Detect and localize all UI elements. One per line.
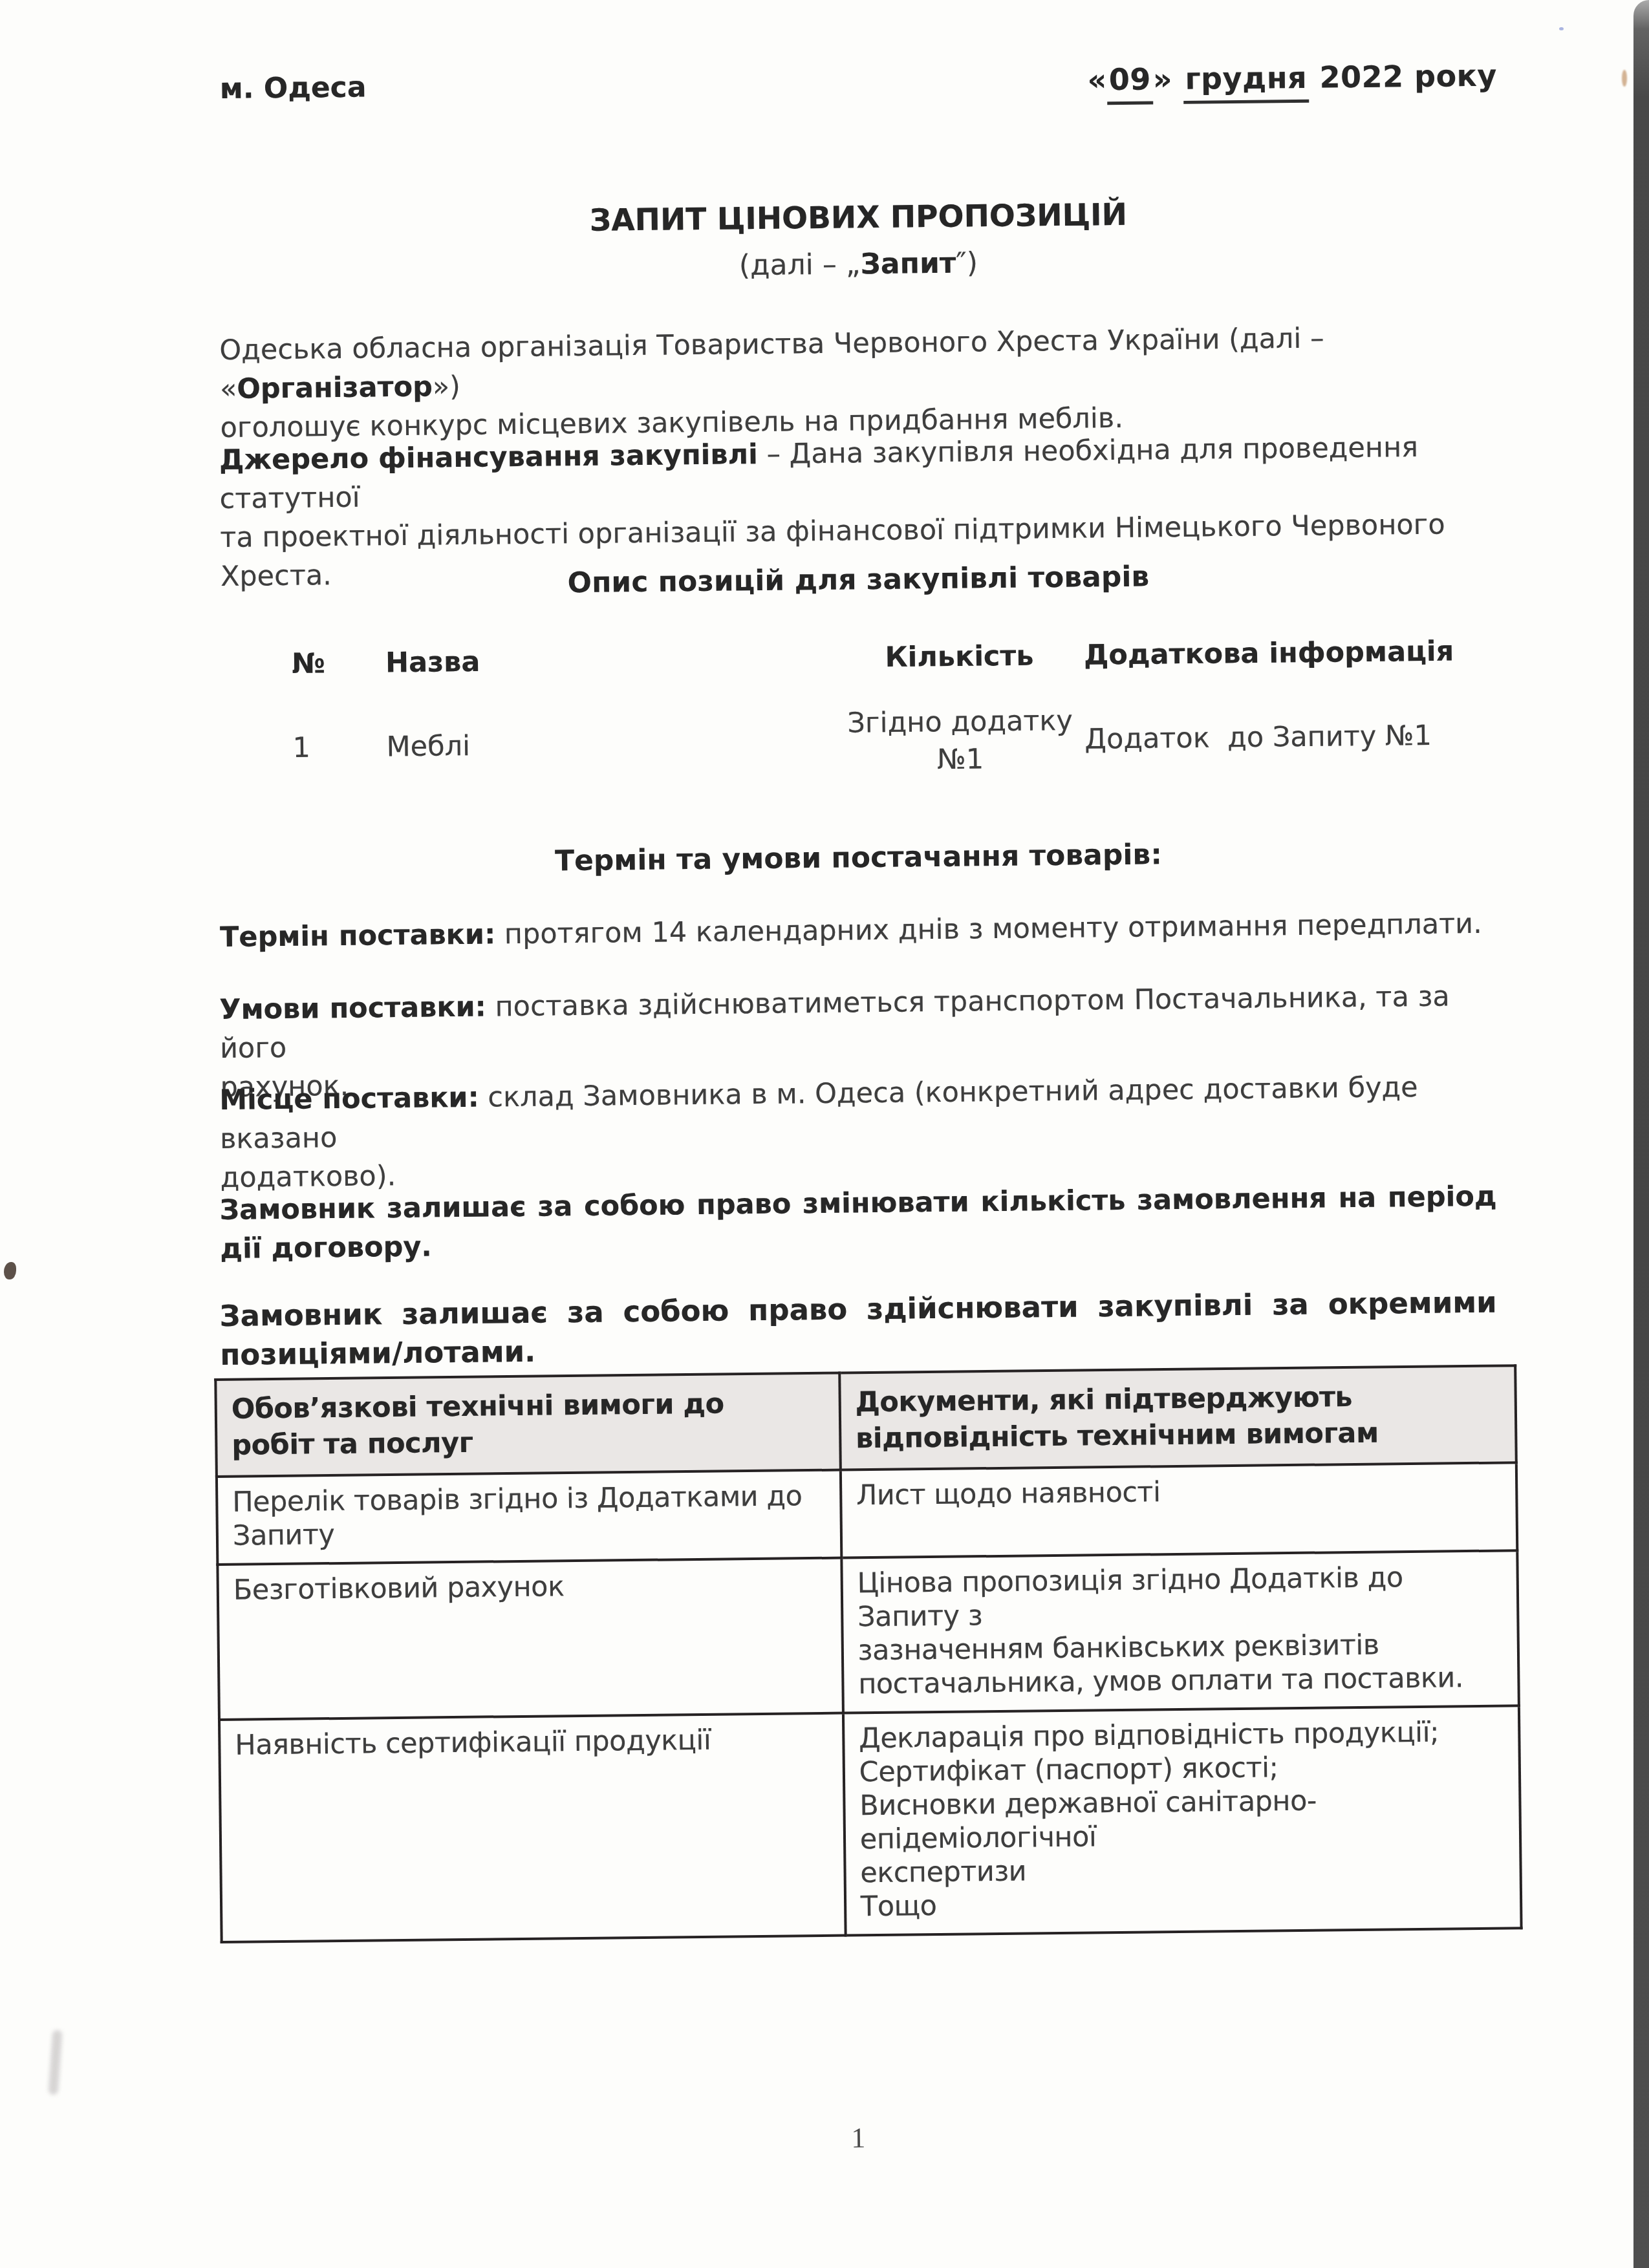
- date-close-quote: »: [1153, 61, 1173, 96]
- subtitle-prefix: (далі – „: [739, 248, 861, 282]
- date-open-quote: «: [1087, 62, 1107, 97]
- delivery-conditions-label: Умови поставки:: [219, 991, 486, 1026]
- scanned-document-page: м. Одеса «09» грудня 2022 року ЗАПИТ ЦІН…: [0, 0, 1649, 2268]
- requirements-col-header: Обов’язкові технічні вимоги до робіт та …: [215, 1373, 840, 1477]
- document-content: м. Одеса «09» грудня 2022 року ЗАПИТ ЦІН…: [220, 0, 1497, 2268]
- items-col-info: Додаткова інформація: [1084, 632, 1534, 698]
- page-number: 1: [220, 2115, 1497, 2161]
- place-label: м. Одеса: [220, 69, 367, 109]
- item-number: 1: [292, 705, 387, 790]
- delivery-term-paragraph: Термін поставки: протягом 14 календарних…: [220, 904, 1498, 957]
- document-cell: Лист щодо наявності: [841, 1462, 1518, 1557]
- documents-col-header: Документи, які підтверджують відповідніс…: [839, 1365, 1516, 1470]
- organizer-term: Організатор: [237, 370, 433, 405]
- table-row: Безготівковий рахунок Цінова пропозиція …: [217, 1550, 1518, 1720]
- customer-right-quantity-note: Замовник залишає за собою право змінюват…: [219, 1177, 1497, 1268]
- delivery-place-label: Місце поставки:: [219, 1082, 479, 1117]
- terms-heading: Термін та умови постачання товарів:: [220, 832, 1498, 884]
- delivery-term-text: протягом 14 календарних днів з моменту о…: [495, 908, 1482, 951]
- document-subtitle: (далі – „Запит″): [220, 239, 1498, 291]
- intro-paragraph: Одеська обласна організація Товариства Ч…: [219, 317, 1498, 447]
- requirements-table: Обов’язкові технічні вимоги до робіт та …: [214, 1364, 1522, 1943]
- requirement-cell: Наявність сертифікації продукції: [219, 1713, 845, 1942]
- subtitle-term: Запит: [860, 247, 956, 281]
- table-row: Перелік товарів згідно із Додатками до З…: [217, 1462, 1517, 1565]
- funding-label: Джерело фінансування закупівлі: [219, 438, 758, 476]
- table-row: Наявність сертифікації продукції Деклара…: [219, 1706, 1522, 1942]
- subtitle-suffix: ″): [956, 246, 978, 279]
- scan-smudge: [48, 2030, 63, 2095]
- customer-right-lots-note: Замовник залишає за собою право здійснюв…: [219, 1283, 1497, 1375]
- item-info: Додаток до Запиту №1: [1084, 692, 1535, 782]
- items-table: № Назва Кількість Додаткова інформація 1…: [292, 632, 1535, 790]
- items-row: 1 Меблі Згідно додатку №1 Додаток до Зап…: [292, 692, 1535, 790]
- item-name: Меблі: [386, 700, 836, 789]
- document-header: м. Одеса «09» грудня 2022 року: [220, 56, 1498, 114]
- items-col-qty: Кількість: [835, 637, 1084, 700]
- date-month: грудня: [1183, 58, 1309, 104]
- delivery-term-label: Термін поставки:: [220, 918, 496, 954]
- delivery-place-paragraph: Місце поставки: склад Замовника в м. Оде…: [219, 1067, 1498, 1197]
- document-cell: Цінова пропозиція згідно Додатків до Зап…: [841, 1550, 1519, 1713]
- requirement-cell: Перелік товарів згідно із Додатками до З…: [217, 1470, 841, 1565]
- document-title: ЗАПИТ ЦІНОВИХ ПРОПОЗИЦІЙ: [220, 192, 1498, 244]
- requirement-cell: Безготівковий рахунок: [217, 1558, 843, 1720]
- scan-speck: [1559, 27, 1564, 30]
- scan-edge-shadow: [1633, 0, 1649, 2268]
- scan-speck: [4, 1262, 16, 1279]
- items-col-num: №: [292, 644, 386, 706]
- date-day: 09: [1107, 59, 1154, 105]
- scan-speck: [1622, 70, 1627, 87]
- document-cell: Декларація про відповідність продукції; …: [843, 1706, 1522, 1935]
- date-year: 2022 року: [1319, 58, 1497, 95]
- item-quantity: Згідно додатку №1: [835, 698, 1085, 784]
- requirements-header-row: Обов’язкові технічні вимоги до робіт та …: [215, 1365, 1516, 1477]
- items-col-name: Назва: [385, 639, 835, 705]
- date-label: «09» грудня 2022 року: [1087, 56, 1497, 105]
